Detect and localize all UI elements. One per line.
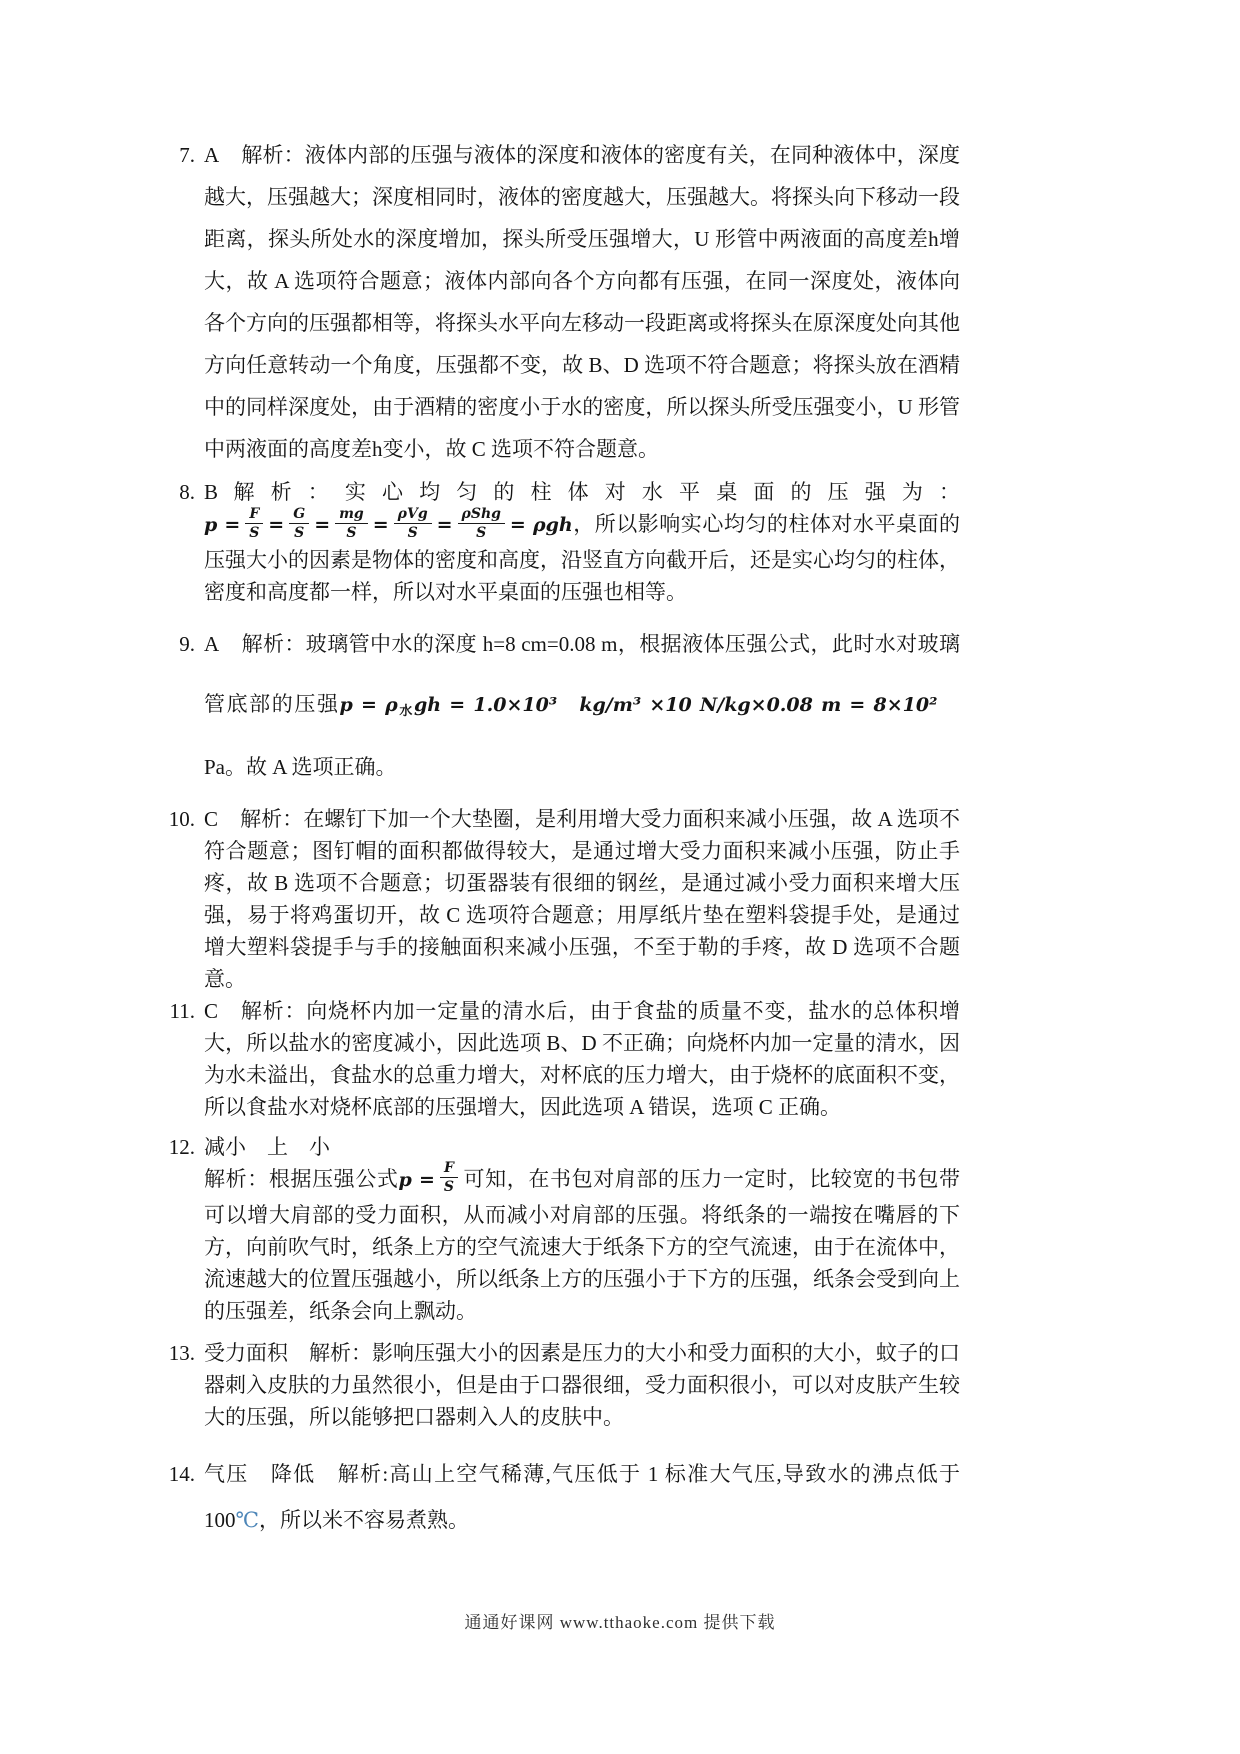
item-number: 14. <box>160 1451 204 1497</box>
answer-words: 减小 上 小 <box>204 1131 960 1163</box>
item-number: 12. <box>160 1131 204 1163</box>
fraction: FS <box>440 1160 458 1195</box>
document-page: 7. A解析：液体内部的压强与液体的深度和液体的密度有关，在同种液体中，深度越大… <box>0 0 1240 1754</box>
fraction-denominator: S <box>335 524 368 541</box>
fraction-numerator: F <box>440 1160 458 1178</box>
answer-item-11: 11. C解析：向烧杯内加一定量的清水后，由于食盐的质量不变，盐水的总体积增大，… <box>160 995 960 1123</box>
item-body: 受力面积 解析：影响压强大小的因素是压力的大小和受力面积的大小，蚊子的口器刺入皮… <box>204 1337 960 1433</box>
answer-label: A <box>204 143 219 167</box>
item-body: 减小 上 小 解析：根据压强公式p =FS可知，在书包对肩部的压力一定时，比较宽… <box>204 1131 960 1327</box>
equals-sign: = <box>314 514 330 536</box>
math-segment: p = <box>399 1169 435 1191</box>
item-number: 7. <box>160 134 204 176</box>
formula-paragraph: p =FS=GS=mgS=ρVgS=ρShgS= ρgh，所以影响实心均匀的柱体… <box>204 508 960 608</box>
equals-sign: = <box>373 514 389 536</box>
answer-item-12: 12. 减小 上 小 解析：根据压强公式p =FS可知，在书包对肩部的压力一定时… <box>160 1131 960 1327</box>
fraction-numerator: ρShg <box>458 506 505 524</box>
item-body: C解析：向烧杯内加一定量的清水后，由于食盐的质量不变，盐水的总体积增大，所以盐水… <box>204 995 960 1123</box>
item-number: 8. <box>160 476 204 508</box>
fraction: mgS <box>335 506 368 541</box>
item-body: B解 析 ： 实 心 均 匀 的 柱 体 对 水 平 桌 面 的 压 强 为 ：… <box>204 476 960 608</box>
item-body: C解析：在螺钉下加一个大垫圈，是利用增大受力面积来减小压强，故 A 选项不符合题… <box>204 803 960 995</box>
solution-text: 解析：根据压强公式 <box>204 1167 399 1191</box>
item-number: 9. <box>160 614 204 674</box>
answer-label: C <box>204 999 218 1023</box>
answer-item-10: 10. C解析：在螺钉下加一个大垫圈，是利用增大受力面积来减小压强，故 A 选项… <box>160 803 960 995</box>
item-number: 11. <box>160 995 204 1027</box>
solution-text: ，所以米不容易煮熟。 <box>259 1508 469 1532</box>
water-subscript: 水 <box>398 703 414 718</box>
solution-paragraph: C解析：在螺钉下加一个大垫圈，是利用增大受力面积来减小压强，故 A 选项不符合题… <box>204 803 960 995</box>
solution-text: 解析：在螺钉下加一个大垫圈，是利用增大受力面积来减小压强，故 A 选项不符合题意… <box>204 807 960 991</box>
solution-paragraph: 气压 降低 解析:高山上空气稀薄,气压低于 1 标准大气压,导致水的沸点低于 1… <box>204 1451 960 1543</box>
solution-text: 解析：向烧杯内加一定量的清水后，由于食盐的质量不变，盐水的总体积增大，所以盐水的… <box>204 999 960 1119</box>
formula-lead: p = <box>204 514 240 536</box>
item-body: 气压 降低 解析:高山上空气稀薄,气压低于 1 标准大气压,导致水的沸点低于 1… <box>204 1451 960 1543</box>
solution-text: 解析：液体内部的压强与液体的深度和液体的密度有关，在同种液体中，深度越大，压强越… <box>204 143 960 461</box>
fraction-denominator: S <box>394 524 432 541</box>
solution-paragraph: 解析：根据压强公式p =FS可知，在书包对肩部的压力一定时，比较宽的书包带可以增… <box>204 1163 960 1327</box>
math-segment: p = ρ <box>340 694 398 716</box>
fraction-denominator: S <box>245 524 263 541</box>
solution-text: 解 析 ： 实 心 均 匀 的 柱 体 对 水 平 桌 面 的 压 强 为 ： <box>228 480 960 504</box>
answer-item-8: 8. B解 析 ： 实 心 均 匀 的 柱 体 对 水 平 桌 面 的 压 强 … <box>160 476 960 608</box>
fraction-numerator: G <box>289 506 309 524</box>
equals-sign: = <box>268 514 284 536</box>
fraction: GS <box>289 506 309 541</box>
fraction-numerator: ρVg <box>394 506 432 524</box>
solution-paragraph: 受力面积 解析：影响压强大小的因素是压力的大小和受力面积的大小，蚊子的口器刺入皮… <box>204 1337 960 1433</box>
answer-item-14: 14. 气压 降低 解析:高山上空气稀薄,气压低于 1 标准大气压,导致水的沸点… <box>160 1451 960 1543</box>
fraction-denominator: S <box>440 1178 458 1195</box>
item-number: 10. <box>160 803 204 835</box>
solution-paragraph: C解析：向烧杯内加一定量的清水后，由于食盐的质量不变，盐水的总体积增大，所以盐水… <box>204 995 960 1123</box>
answer-label: C <box>204 807 218 831</box>
fraction-denominator: S <box>458 524 505 541</box>
fraction-numerator: F <box>245 506 263 524</box>
item-body: A解析：玻璃管中水的深度 h=8 cm=0.08 m，根据液体压强公式，此时水对… <box>204 614 960 797</box>
equals-sign: = <box>437 514 453 536</box>
item-number: 13. <box>160 1337 204 1369</box>
answer-item-7: 7. A解析：液体内部的压强与液体的深度和液体的密度有关，在同种液体中，深度越大… <box>160 134 960 470</box>
footer-text: 通通好课网 www.tthaoke.com 提供下载 <box>0 1608 1240 1633</box>
solution-text: 受力面积 解析：影响压强大小的因素是压力的大小和受力面积的大小，蚊子的口器刺入皮… <box>204 1341 960 1429</box>
fraction: ρVgS <box>394 506 432 541</box>
item-body: A解析：液体内部的压强与液体的深度和液体的密度有关，在同种液体中，深度越大，压强… <box>204 134 960 470</box>
answer-label: A <box>204 632 219 656</box>
fraction: FS <box>245 506 263 541</box>
degree-symbol: ℃ <box>236 1508 260 1532</box>
answer-label: B <box>204 480 218 504</box>
answer-list: 7. A解析：液体内部的压强与液体的深度和液体的密度有关，在同种液体中，深度越大… <box>160 134 960 1543</box>
answer-item-9: 9. A解析：玻璃管中水的深度 h=8 cm=0.08 m，根据液体压强公式，此… <box>160 614 960 797</box>
solution-first-line: B解 析 ： 实 心 均 匀 的 柱 体 对 水 平 桌 面 的 压 强 为 ： <box>204 476 960 508</box>
solution-paragraph: A解析：玻璃管中水的深度 h=8 cm=0.08 m，根据液体压强公式，此时水对… <box>204 614 960 797</box>
solution-paragraph: A解析：液体内部的压强与液体的深度和液体的密度有关，在同种液体中，深度越大，压强… <box>204 134 960 470</box>
formula-tail: = ρgh <box>510 514 573 536</box>
fraction-denominator: S <box>289 524 309 541</box>
fraction: ρShgS <box>458 506 505 541</box>
math-segment: gh = 1.0×10³ kg/m³ ×10 N/kg×0.08 m = 8×1… <box>414 694 937 716</box>
fraction-numerator: mg <box>335 506 368 524</box>
answer-item-13: 13. 受力面积 解析：影响压强大小的因素是压力的大小和受力面积的大小，蚊子的口… <box>160 1337 960 1433</box>
